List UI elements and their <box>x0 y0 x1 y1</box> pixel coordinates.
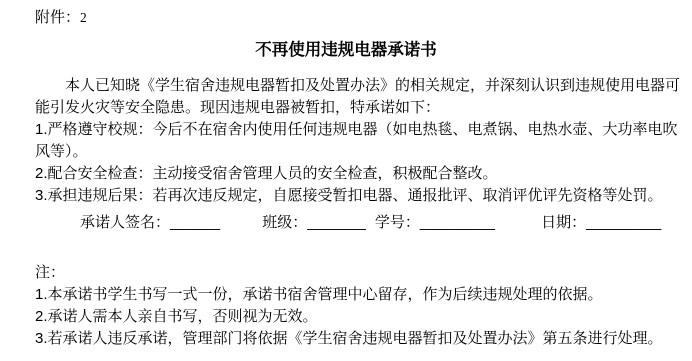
student-id-blank: _________ <box>420 214 495 231</box>
document-page: 附件：2 不再使用违规电器承诺书 本人已知晓《学生宿舍违规电器暂扣及处置办法》的… <box>0 0 692 361</box>
rule-item-2: 2.配合安全检查：主动接受宿舍管理人员的安全检查，积极配合整改。 <box>35 163 692 185</box>
document-title: 不再使用违规电器承诺书 <box>0 40 692 60</box>
student-id-field: 学号：_________ <box>375 212 495 234</box>
signature-row: 承诺人签名：______ 班级：_______ 学号：_________ 日期：… <box>35 212 692 234</box>
rule-item-1-line-1: 1.严格遵守校规：今后不在宿舍内使用任何违规电器（如电热毯、电煮锅、电热水壶、大… <box>35 119 692 141</box>
rule-item-3: 3.承担违规后果：若再次违反规定，自愿接受暂扣电器、通报批评、取消评优评先资格等… <box>35 185 692 207</box>
signer-name-field: 承诺人签名：______ <box>80 212 220 234</box>
class-field: 班级：_______ <box>262 212 365 234</box>
notes-section: 注： 1.本承诺书学生书写一式一份，承诺书宿舍管理中心留存，作为后续违规处理的依… <box>35 262 692 350</box>
attachment-number: 2 <box>80 10 87 25</box>
rule-item-1-line-2: 风等）。 <box>35 141 692 163</box>
intro-line-1: 本人已知晓《学生宿舍违规电器暂扣及处置办法》的相关规定，并深刻认识到违规使用电器… <box>35 75 692 97</box>
date-label: 日期： <box>541 214 586 231</box>
signer-name-blank: ______ <box>170 214 220 231</box>
date-blank: _________ <box>586 214 661 231</box>
note-item-1: 1.本承诺书学生书写一式一份，承诺书宿舍管理中心留存，作为后续违规处理的依据。 <box>35 284 692 306</box>
note-item-2: 2.承诺人需本人亲自书写，否则视为无效。 <box>35 306 692 328</box>
date-field: 日期：_________ <box>541 212 661 234</box>
attachment-label: 附件： <box>35 9 80 26</box>
student-id-label: 学号： <box>375 214 420 231</box>
notes-heading: 注： <box>35 262 692 284</box>
class-label: 班级： <box>262 214 307 231</box>
signer-name-label: 承诺人签名： <box>80 214 170 231</box>
intro-line-2: 能引发火灾等安全隐患。现因违规电器被暂扣，特承诺如下： <box>35 97 692 119</box>
note-item-3: 3.若承诺人违反承诺，管理部门将依据《学生宿舍违规电器暂扣及处置办法》第五条进行… <box>35 328 692 350</box>
class-blank: _______ <box>307 214 365 231</box>
commitment-body: 本人已知晓《学生宿舍违规电器暂扣及处置办法》的相关规定，并深刻认识到违规使用电器… <box>35 75 692 207</box>
attachment-line: 附件：2 <box>35 8 692 28</box>
